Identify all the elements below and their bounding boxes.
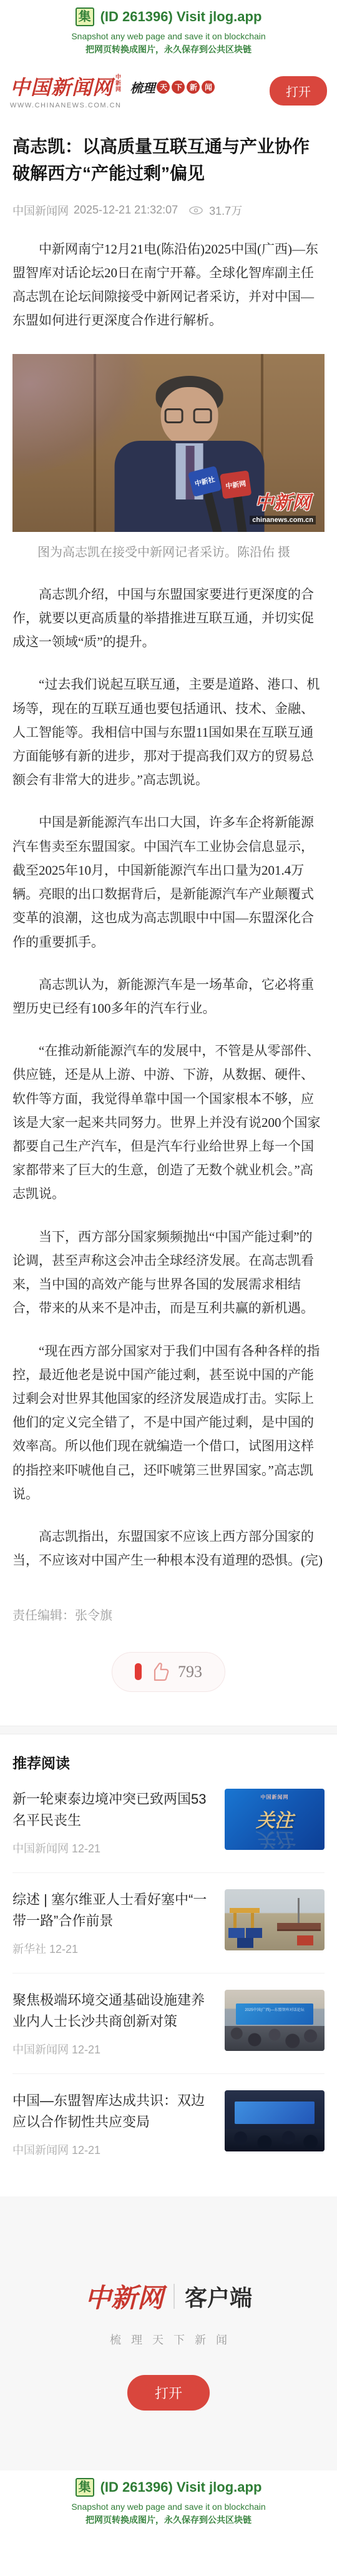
recommended-date: 12-21: [49, 1943, 78, 1955]
jlog-promo-banner-top[interactable]: 集 (ID 261396) Visit jlog.app Snapshot an…: [0, 0, 337, 66]
article-paragraph: 当下，西方部分国家频频抛出“中国产能过剩”的论调，甚至声称这会冲击全球经济发展。…: [12, 1225, 325, 1320]
crane: [230, 1908, 260, 1913]
recommended-date: 12-21: [72, 1842, 100, 1855]
photo-caption: 图为高志凯在接受中新网记者采访。陈沿佑 摄: [12, 542, 325, 564]
container: [237, 1938, 253, 1948]
footer-tagline: 梳理天下新闻: [0, 2331, 337, 2347]
recommended-item[interactable]: 中国—东盟智库达成共识：双边应以合作韧性共应变局 中国新闻网 12-21: [12, 2074, 325, 2174]
footer-logo: 中新网: [85, 2278, 164, 2315]
article-body: 中新网南宁12月21电(陈沿佑)2025中国(广西)—东盟智库对话论坛20日在南…: [0, 237, 337, 1692]
like-accent-bar: [135, 1663, 142, 1680]
recommended-item[interactable]: 聚焦极端环境交通基础设施建养 业内人士长沙共商创新对策 中国新闻网 12-21 …: [12, 1974, 325, 2074]
chinanews-logo-url: WWW.CHINANEWS.COM.CN: [10, 102, 121, 109]
views-count: 31.7万: [209, 202, 242, 219]
recommended-header: 推荐阅读: [12, 1752, 325, 1772]
recommended-thumbnail-forum: [225, 2090, 325, 2151]
app-footer: 中新网 客户端 梳理天下新闻 打开: [0, 2196, 337, 2470]
recommended-title: 综述 | 塞尔维亚人士看好塞中“一带一路”合作前景: [12, 1889, 215, 1932]
container: [246, 1928, 262, 1938]
header-tagline: 梳理 天 下 新 闻: [130, 78, 215, 96]
recommended-title: 新一轮柬泰边境冲突已致两国53名平民丧生: [12, 1789, 215, 1831]
freight-train: [277, 1923, 321, 1929]
jlog-banner-subtitle-zh: 把网页转换成图片，永久保存到公共区块链: [0, 2514, 337, 2526]
tagline-badge: 下: [172, 81, 185, 94]
article-source: 中国新闻网: [12, 202, 69, 219]
recommended-section: 推荐阅读 新一轮柬泰边境冲突已致两国53名平民丧生 中国新闻网 12-21 中国…: [0, 1734, 337, 2178]
tagline-prefix: 梳理: [130, 78, 155, 96]
recommended-thumbnail-conference: 2025中国(广西)—东盟智库对话论坛: [225, 1990, 325, 2051]
recommended-source: 中国新闻网: [12, 2043, 69, 2056]
like-button[interactable]: 793: [112, 1652, 225, 1692]
tagline-badge: 新: [187, 81, 200, 94]
article-paragraph: 中国是新能源汽车出口大国，许多车企将新能源汽车售卖至东盟国家。中国汽车工业协会信…: [12, 810, 325, 953]
chinanews-logo-text: 中国新闻网: [10, 72, 113, 101]
jlog-banner-id: (ID 261396) Visit jlog.app: [100, 2479, 262, 2495]
article-paragraph: 中新网南宁12月21电(陈沿佑)2025中国(广西)—东盟智库对话论坛20日在南…: [12, 237, 325, 333]
article-paragraph: “在推动新能源汽车的发展中，不管是从零部件、供应链，还是从上游、中游、下游，从数…: [12, 1039, 325, 1206]
like-count: 793: [178, 1663, 202, 1681]
jlog-banner-id: (ID 261396) Visit jlog.app: [100, 9, 262, 25]
glasses: [165, 408, 215, 425]
site-header: 中国新闻网 中 新 网 WWW.CHINANEWS.COM.CN 梳理 天 下 …: [0, 66, 337, 118]
chinanews-logo-vertical: 中 新 网: [115, 74, 121, 93]
section-divider: [0, 1726, 337, 1734]
footer-divider: [173, 2284, 175, 2309]
views-eye-icon: [189, 206, 203, 215]
recommended-source: 中国新闻网: [12, 2144, 69, 2156]
article-photo: 中新社 中新网 中新网 chinanews.com.cn: [12, 354, 325, 532]
jlog-banner-subtitle-zh: 把网页转换成图片，永久保存到公共区块链: [0, 43, 337, 56]
recommended-item[interactable]: 新一轮柬泰边境冲突已致两国53名平民丧生 中国新闻网 12-21 中国新闻网 关…: [12, 1772, 325, 1873]
article-paragraph: 高志凯介绍，中国与东盟国家要进行更深度的合作，就要以更高质量的举措推进互联互通，…: [12, 583, 325, 654]
container: [228, 1928, 245, 1938]
watermark-logo: 中新网: [250, 487, 316, 514]
recommended-title: 中国—东盟智库达成共识：双边应以合作韧性共应变局: [12, 2090, 215, 2133]
recommended-source: 新华社: [12, 1943, 46, 1955]
thumbs-up-icon: [149, 1661, 170, 1683]
container: [297, 1935, 313, 1945]
recommended-item[interactable]: 综述 | 塞尔维亚人士看好塞中“一带一路”合作前景 新华社 12-21: [12, 1873, 325, 1974]
watermark-url: chinanews.com.cn: [250, 516, 316, 524]
tagline-badge: 天: [157, 81, 170, 94]
article-title: 高志凯：以高质量互联互通与产业协作 破解西方“产能过剩”偏见: [0, 118, 337, 187]
article-datetime: 2025-12-21 21:32:07: [74, 204, 178, 217]
chinanews-logo[interactable]: 中国新闻网 中 新 网 WWW.CHINANEWS.COM.CN: [10, 72, 121, 109]
recommended-title: 聚焦极端环境交通基础设施建养 业内人士长沙共商创新对策: [12, 1990, 215, 2032]
article-paragraph: 高志凯认为，新能源汽车是一场革命，它必将重塑历史已经有100多年的汽车行业。: [12, 973, 325, 1020]
jlog-badge-icon: 集: [76, 2478, 94, 2497]
article-meta: 中国新闻网 2025-12-21 21:32:07 31.7万: [0, 187, 337, 219]
tagline-badge: 闻: [202, 81, 215, 94]
recommended-source: 中国新闻网: [12, 1842, 69, 1855]
jlog-banner-subtitle-en: Snapshot any web page and save it on blo…: [0, 2502, 337, 2512]
photo-watermark: 中新网 chinanews.com.cn: [250, 487, 316, 524]
editor-credit: 责任编辑：张令旗: [12, 1605, 325, 1623]
audience: [225, 2129, 325, 2151]
recommended-thumbnail-focus: 中国新闻网 关注 关注: [225, 1789, 325, 1850]
audience: [225, 2026, 325, 2051]
article-paragraph: 高志凯指出，东盟国家不应该上西方部分国家的当，不应该对中国产生一种根本没有道理的…: [12, 1525, 325, 1572]
open-app-button-bottom[interactable]: 打开: [127, 2375, 210, 2411]
jlog-banner-subtitle-en: Snapshot any web page and save it on blo…: [0, 31, 337, 41]
article-paragraph: “过去我们说起互联互通，主要是道路、港口、机场等，现在的互联互通也要包括通讯、技…: [12, 672, 325, 792]
recommended-thumbnail-railyard: [225, 1889, 325, 1950]
open-app-button-top[interactable]: 打开: [270, 76, 327, 106]
jlog-badge-icon: 集: [76, 7, 94, 26]
article-paragraph: “现在西方部分国家对于我们中国有各种各样的指控，最近他老是说中国产能过剩，甚至说…: [12, 1339, 325, 1507]
recommended-date: 12-21: [72, 2144, 100, 2156]
jlog-promo-banner-bottom[interactable]: 集 (ID 261396) Visit jlog.app Snapshot an…: [0, 2470, 337, 2536]
recommended-date: 12-21: [72, 2043, 100, 2056]
footer-app-label: 客户端: [185, 2281, 252, 2313]
